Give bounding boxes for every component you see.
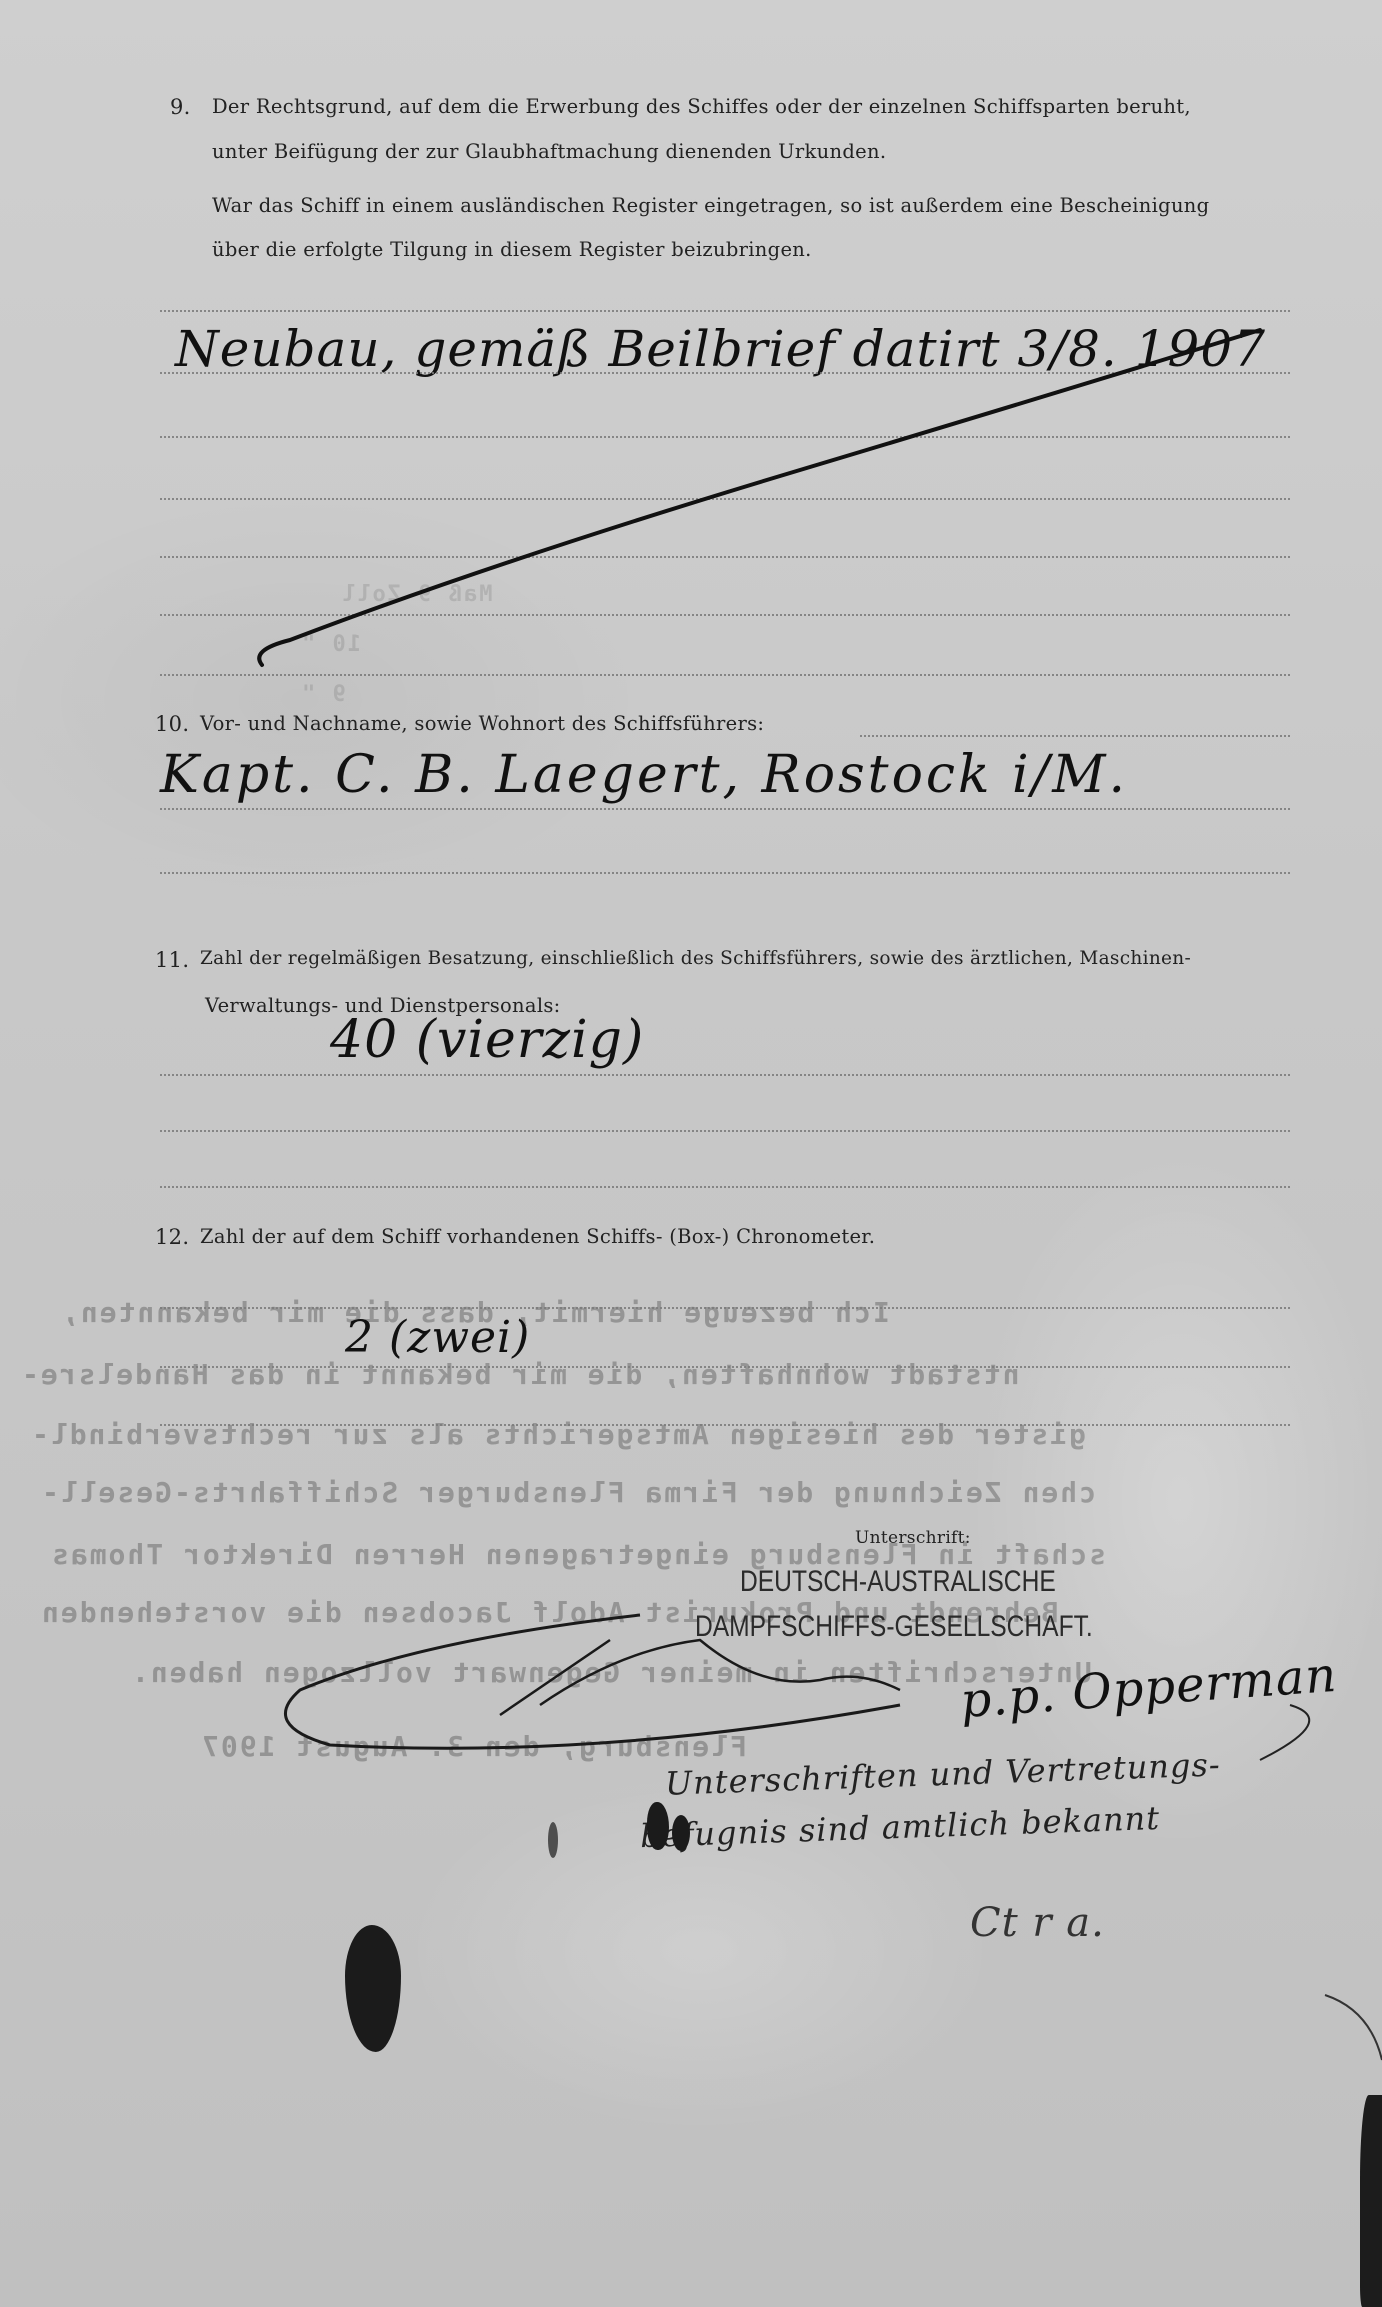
torn-paper-edge (1360, 2095, 1382, 2307)
pen-strokes (0, 0, 1382, 2307)
signature-scribble (500, 1640, 900, 1715)
ink-blot-small (548, 1822, 558, 1858)
ink-blot-medium-2 (672, 1815, 690, 1851)
right-edge-arc (1325, 1995, 1382, 2060)
ink-blot-medium (647, 1802, 669, 1850)
signature-tail (1260, 1705, 1309, 1760)
strikethrough-stroke (259, 330, 1260, 665)
